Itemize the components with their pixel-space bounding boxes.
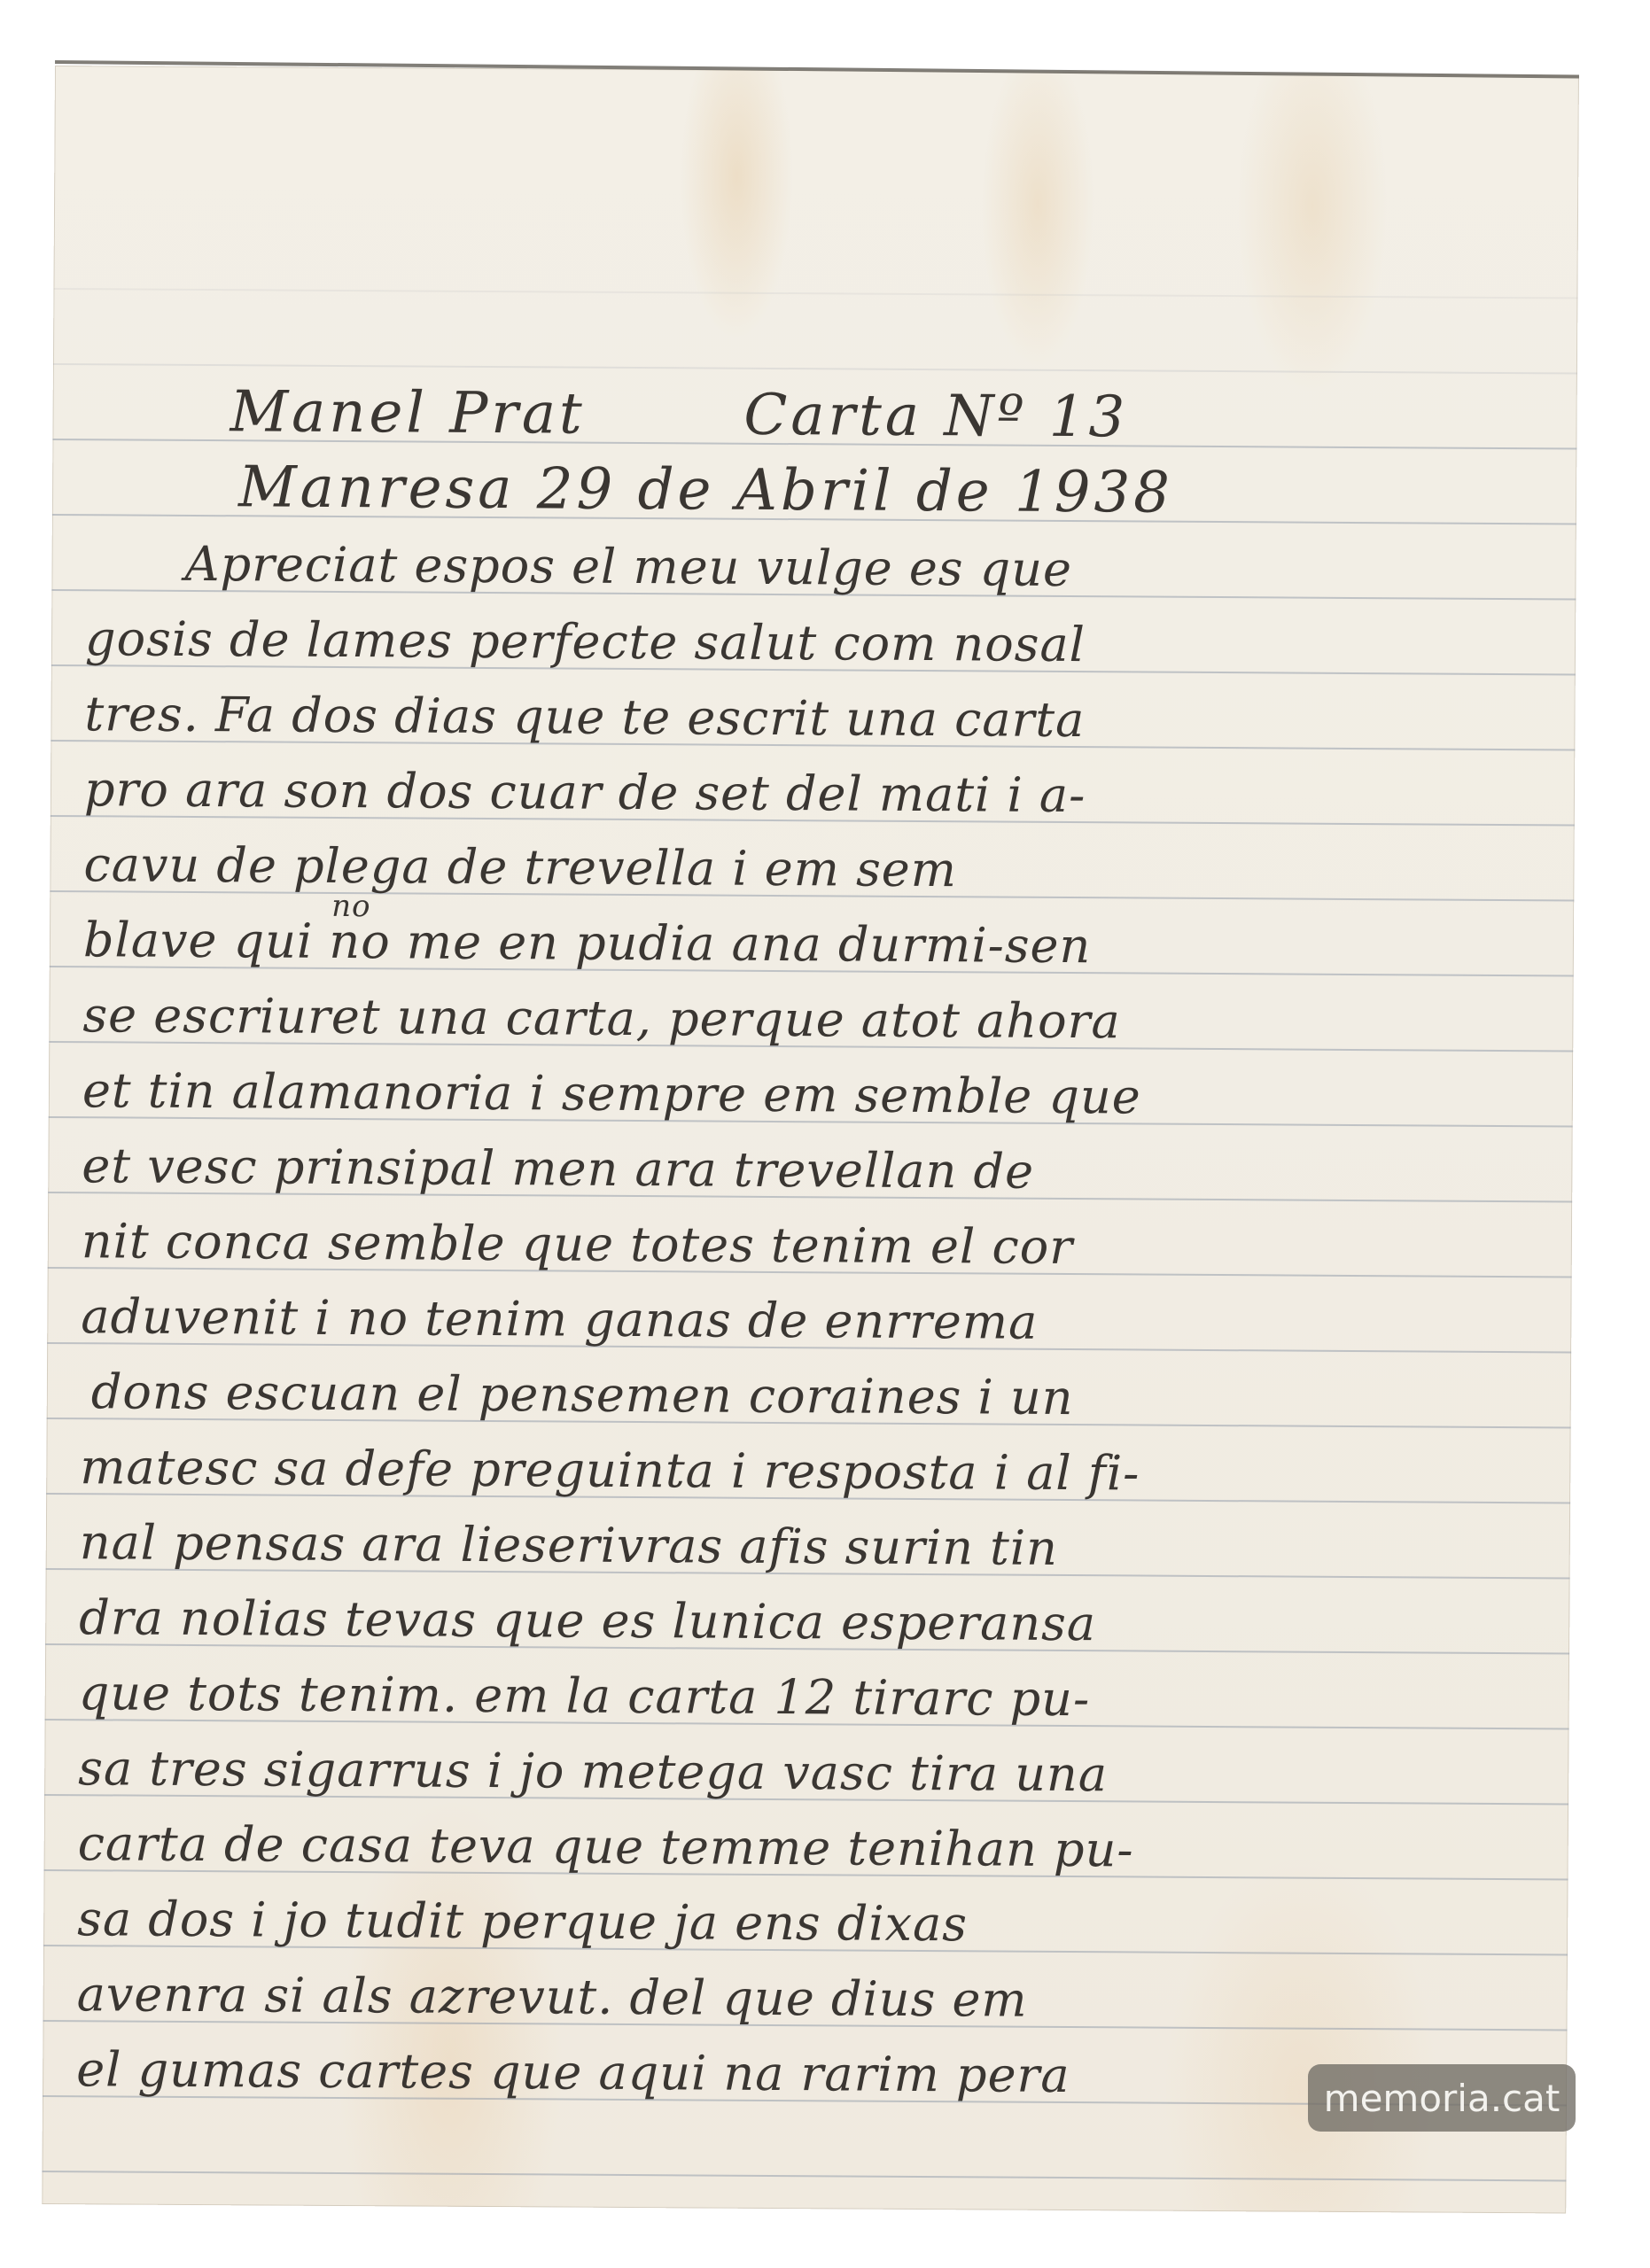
sender-name: Manel Prat (230, 379, 586, 447)
body-line: gosis de lames perfecte salut com nosal (85, 615, 1086, 669)
body-line: no blave qui no me en pudia ana durmi-se… (83, 916, 1092, 970)
body-line: et tin alamanoria i sempre em semble que (82, 1067, 1141, 1121)
body-line: sa dos i jo tudit perque ja ens dixas (77, 1895, 968, 1948)
body-line: carta de casa teva que temme tenihan pu- (78, 1820, 1134, 1874)
body-line: pro ara son dos cuar de set del mati i a… (84, 765, 1086, 819)
body-line: el gumas cartes que aqui na rarim pera (76, 2046, 1070, 2100)
body-line: dra nolias tevas que es lunica esperansa (79, 1594, 1096, 1648)
letter-header-sender-number: Manel Prat Carta Nº 13 (230, 384, 1128, 446)
interlinear-insertion: no (331, 891, 371, 921)
letter-place-date: Manresa 29 de Abril de 1938 (238, 459, 1173, 521)
body-line-text: blave qui no me en pudia ana durmi-sen (83, 912, 1092, 974)
watermark-text: memoria.cat (1324, 2077, 1560, 2120)
ruled-line (53, 363, 1577, 375)
body-line: Apreciat espos el meu vulge es que (184, 540, 1072, 594)
body-line: sa tres sigarrus i jo metega vasc tira u… (78, 1744, 1108, 1798)
letter-number: Carta Nº 13 (743, 383, 1128, 451)
ruled-line (53, 288, 1577, 299)
body-line: cavu de plega de trevella i em sem (83, 841, 957, 894)
ruled-line (42, 2171, 1566, 2182)
body-line: avenra si als azrevut. del que dius em (77, 1970, 1028, 2024)
body-line: que tots tenim. em la carta 12 tirarc pu… (79, 1669, 1091, 1723)
body-line: nit conca semble que totes tenim el cor (82, 1217, 1073, 1271)
body-line: matesc sa defe preguinta i resposta i al… (80, 1443, 1140, 1497)
body-line: dons escuan el pensemen coraines i un (91, 1368, 1074, 1422)
watermark-badge: memoria.cat (1308, 2064, 1576, 2132)
body-line: et vesc prinsipal men ara trevellan de (82, 1142, 1034, 1196)
letter-page: Manel Prat Carta Nº 13 Manresa 29 de Abr… (42, 66, 1579, 2213)
body-line: aduvenit i no tenim ganas de enrrema (81, 1293, 1038, 1347)
body-line: se escriuret una carta, perque atot ahor… (82, 991, 1121, 1045)
body-line: nal pensas ara lieserivras afis surin ti… (80, 1518, 1058, 1573)
body-line: tres. Fa dos dias que te escrit una cart… (84, 690, 1085, 744)
